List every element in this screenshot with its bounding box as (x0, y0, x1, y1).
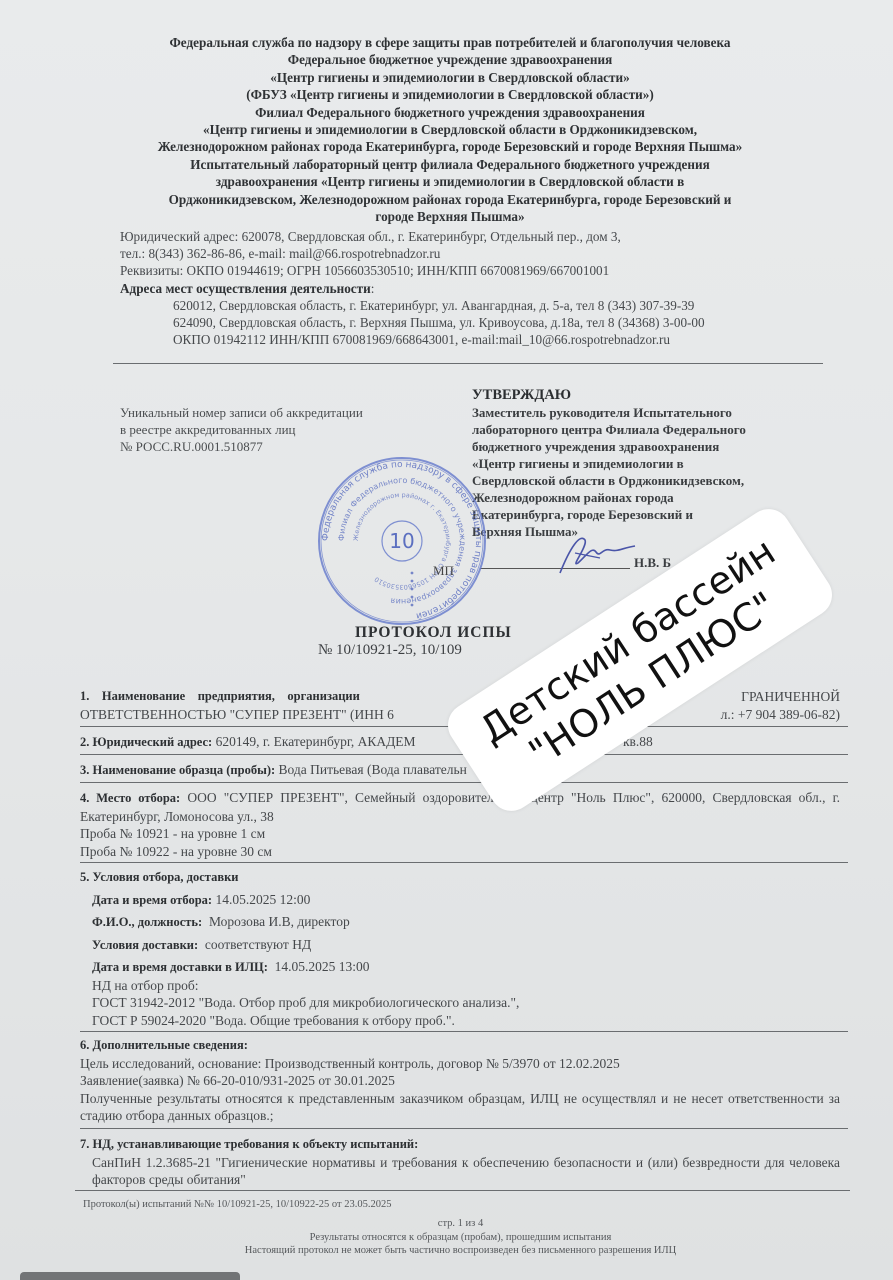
section-3: 3. Наименование образца (пробы): Вода Пи… (80, 761, 840, 780)
header-line: «Центр гигиены и эпидемиологии в Свердло… (60, 121, 840, 138)
divider (113, 363, 823, 364)
application-number: Заявление(заявка) № 66-20-010/931-2025 о… (80, 1072, 840, 1090)
requirements-document: СанПиН 1.2.3685-21 "Гигиенические нормат… (80, 1154, 840, 1189)
results-note: Полученные результаты относятся к предст… (80, 1090, 840, 1125)
section-6-label: 6. Дополнительные сведения: (80, 1038, 248, 1052)
nd-label: НД на отбор проб: (80, 977, 840, 995)
section-1-value-tail: ГРАНИЧЕННОЙ (741, 688, 840, 706)
header-line: Федеральное бюджетное учреждение здравоо… (60, 51, 840, 68)
approval-title: УТВЕРЖДАЮ (472, 387, 812, 404)
nd-item: ГОСТ Р 59024-2020 "Вода. Общие требовани… (80, 1012, 840, 1030)
legal-address: Юридический адрес: 620078, Свердловская … (120, 228, 705, 245)
section-1-value: ОТВЕТСТВЕННОСТЬЮ "СУПЕР ПРЕЗЕНТ" (ИНН 6 (80, 706, 394, 724)
header-line: городе Верхняя Пышма» (60, 208, 840, 225)
header-line: Железнодорожном районах города Екатеринб… (60, 138, 840, 155)
sample-item: Проба № 10921 - на уровне 1 см (80, 825, 840, 843)
approval-line: «Центр гигиены и эпидемиологии в (472, 455, 812, 472)
approval-line: Свердловской области в Орджоникидзевском… (472, 472, 812, 489)
accreditation-line: Уникальный номер записи об аккредитации (120, 404, 363, 421)
header-line: (ФБУЗ «Центр гигиены и эпидемиологии в С… (60, 86, 840, 103)
nd-item: ГОСТ 31942-2012 "Вода. Отбор проб для ми… (80, 994, 840, 1012)
protocol-number: № 10/10921-25, 10/109 (318, 642, 462, 659)
activity-address: ОКПО 01942112 ИНН/КПП 670081969/66864300… (120, 331, 705, 348)
photo-edge-shadow (20, 1272, 240, 1280)
footer-protocol-ref: Протокол(ы) испытаний №№ 10/10921-25, 10… (83, 1199, 392, 1210)
divider (80, 1128, 848, 1129)
delivery-conditions: соответствуют НД (205, 937, 311, 952)
section-1-label: 1. Наименование предприятия, организации (80, 688, 360, 706)
section-7: 7. НД, устанавливающие требования к объе… (80, 1135, 840, 1189)
phone-email: тел.: 8(343) 362-86-86, e-mail: mail@66.… (120, 245, 705, 262)
section-3-label: 3. Наименование образца (пробы): (80, 763, 275, 777)
activity-address: 620012, Свердловская область, г. Екатери… (120, 297, 705, 314)
footer-page: стр. 1 из 4 (0, 1218, 893, 1229)
section-1-phone: л.: +7 904 389-06-82) (721, 706, 840, 724)
signature-icon (540, 528, 640, 578)
org-info: Юридический адрес: 620078, Свердловская … (120, 228, 705, 348)
section-3-value: Вода Питьевая (Вода плавательн (279, 762, 467, 777)
section-2-label: 2. Юридический адрес: (80, 735, 212, 749)
section-2-value: 620149, г. Екатеринбург, АКАДЕМ (216, 734, 416, 749)
section-4-label: 4. Место отбора: (80, 791, 180, 805)
official-stamp-icon: Федеральная служба по надзору в сфере за… (316, 455, 488, 627)
section-5-label: 5. Условия отбора, доставки (80, 870, 239, 884)
approval-line: Железнодорожном районах города (472, 489, 812, 506)
delivery-datetime: 14.05.2025 13:00 (275, 959, 370, 974)
divider (75, 1190, 850, 1191)
section-5: 5. Условия отбора, доставки Дата и время… (80, 868, 840, 1029)
approval-line: бюджетного учреждения здравоохранения (472, 438, 812, 455)
activity-address: 624090, Свердловская область, г. Верхняя… (120, 314, 705, 331)
requisites: Реквизиты: ОКПО 01944619; ОГРН 105660353… (120, 262, 705, 279)
section-4: 4. Место отбора: ООО "СУПЕР ПРЕЗЕНТ", Се… (80, 789, 840, 860)
research-purpose: Цель исследований, основание: Производст… (80, 1055, 840, 1073)
section-7-label: 7. НД, устанавливающие требования к объе… (80, 1137, 418, 1151)
header-line: здравоохранения «Центр гигиены и эпидеми… (60, 173, 840, 190)
accreditation-number: № РОСС.RU.0001.510877 (120, 438, 363, 455)
document-header: Федеральная служба по надзору в сфере за… (60, 34, 840, 225)
accreditation-line: в реестре аккредитованных лиц (120, 421, 363, 438)
header-line: Орджоникидзевском, Железнодорожном район… (60, 191, 840, 208)
header-line: Филиал Федерального бюджетного учреждени… (60, 104, 840, 121)
stamp-label: МП (433, 563, 454, 579)
header-line: Федеральная служба по надзору в сфере за… (60, 34, 840, 51)
divider (80, 862, 848, 863)
accreditation-block: Уникальный номер записи об аккредитации … (120, 404, 363, 455)
divider (80, 1031, 848, 1032)
footer-note: Настоящий протокол не может быть частичн… (0, 1245, 893, 1256)
header-line: «Центр гигиены и эпидемиологии в Свердло… (60, 69, 840, 86)
sample-item: Проба № 10922 - на уровне 30 см (80, 843, 840, 861)
footer-note: Результаты относятся к образцам (пробам)… (0, 1232, 893, 1243)
header-line: Испытательный лабораторный центр филиала… (60, 156, 840, 173)
protocol-title: ПРОТОКОЛ ИСПЫ (355, 624, 512, 642)
activity-label: Адреса мест осуществления деятельности: (120, 280, 705, 297)
section-4-value: ООО "СУПЕР ПРЕЗЕНТ", Семейный оздоровите… (80, 790, 840, 824)
svg-text:10: 10 (389, 529, 414, 553)
approval-line: Заместитель руководителя Испытательного (472, 404, 812, 421)
sampling-datetime: 14.05.2025 12:00 (215, 892, 310, 907)
approval-line: лабораторного центра Филиала Федеральног… (472, 421, 812, 438)
section-6: 6. Дополнительные сведения: Цель исследо… (80, 1036, 840, 1125)
divider (80, 782, 848, 783)
sampler-person: Морозова И.В, директор (209, 914, 350, 929)
